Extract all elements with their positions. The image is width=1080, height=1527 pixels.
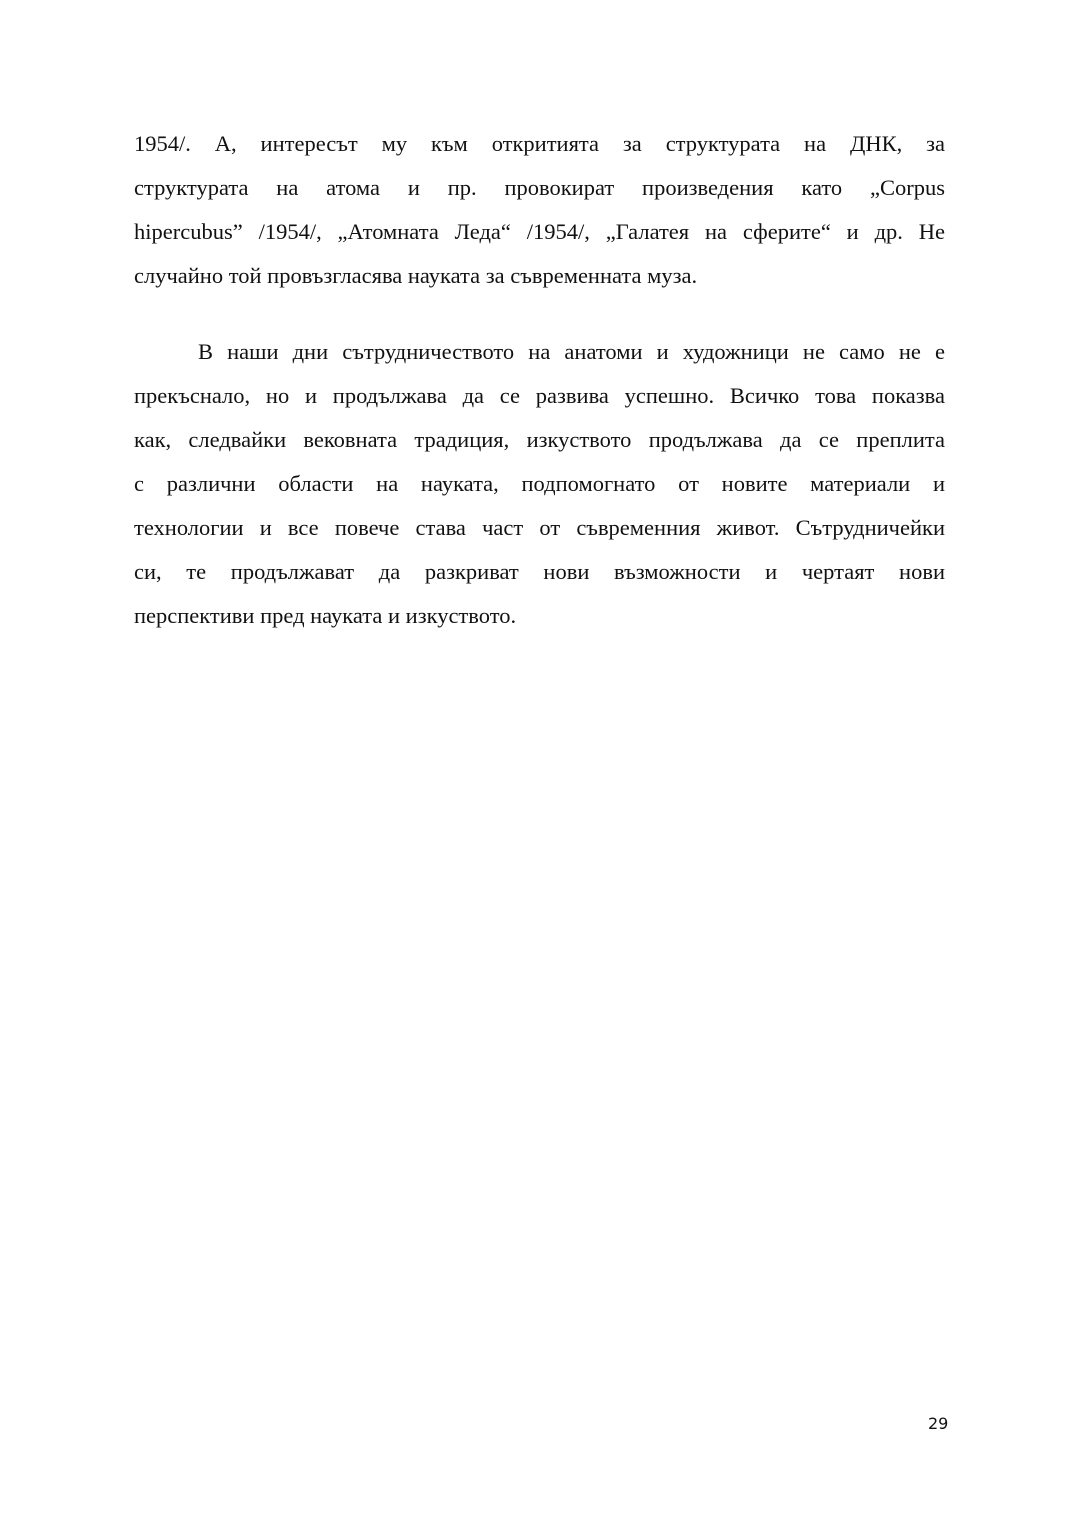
paragraph-line: прекъснало, но и продължава да се развив… [134, 374, 945, 418]
paragraph-2: В наши дни сътрудничеството на анатоми и… [134, 330, 945, 638]
paragraph-line: структурата на атома и пр. провокират пр… [134, 166, 945, 210]
paragraph-line: 1954/. А, интересът му към откритията за… [134, 122, 945, 166]
paragraph-line: В наши дни сътрудничеството на анатоми и… [134, 330, 945, 374]
paragraph-line: hipercubus” /1954/, „Атомната Леда“ /195… [134, 210, 945, 254]
paragraph-line: перспективи пред науката и изкуството. [134, 594, 945, 638]
paragraph-line: с различни области на науката, подпомогн… [134, 462, 945, 506]
paragraph-line: случайно той провъзгласява науката за съ… [134, 254, 945, 298]
document-page: 1954/. А, интересът му към откритията за… [0, 0, 1080, 1527]
paragraph-line: си, те продължават да разкриват нови въз… [134, 550, 945, 594]
paragraph-1: 1954/. А, интересът му към откритията за… [134, 122, 945, 298]
paragraph-line: как, следвайки вековната традиция, изкус… [134, 418, 945, 462]
page-number: 29 [928, 1414, 948, 1433]
paragraph-line: технологии и все повече става част от съ… [134, 506, 945, 550]
